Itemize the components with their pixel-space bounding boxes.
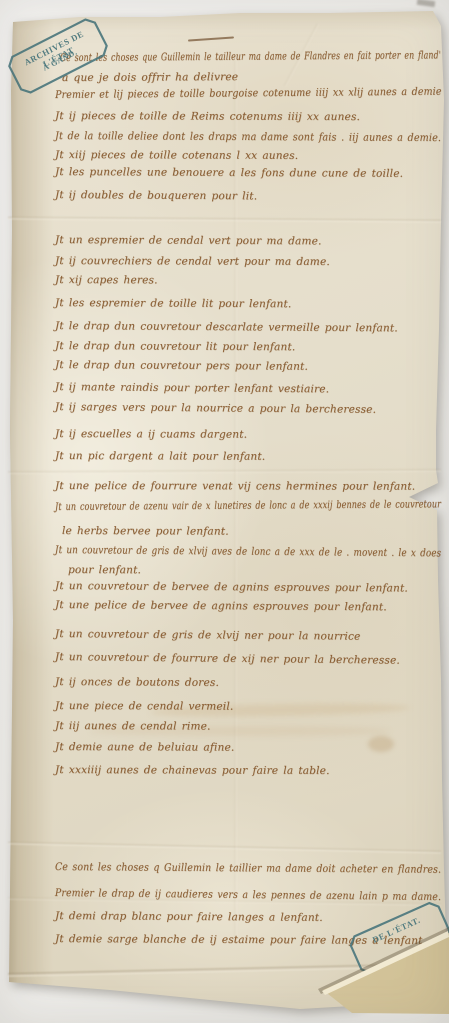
manuscript-line: Jt xij capes heres.	[55, 275, 158, 287]
manuscript-line: Jt ij doubles de bouqueren pour lit.	[55, 190, 257, 203]
manuscript-line: Jt demi drap blanc pour faire langes a l…	[55, 911, 323, 924]
manuscript-line: Jt ij pieces de toille de Reims cotenums…	[55, 111, 360, 124]
manuscript-line: Jt ij sarges vers pour la nourrice a pou…	[55, 402, 376, 416]
manuscript-line: Jt un couvretour de azenu vair de x lune…	[55, 499, 441, 513]
manuscript-line: Jt ij mante raindis pour porter lenfant …	[55, 382, 329, 396]
manuscript-line: Jt ij escuelles a ij cuams dargent.	[55, 429, 247, 441]
manuscript-line: Jt un couvretour de gris de xlvij aves d…	[55, 545, 441, 560]
manuscript-line: Jt iij aunes de cendal rime.	[55, 721, 211, 733]
manuscript-line: Jt un couvretour de bervee de agnins esp…	[55, 581, 408, 595]
manuscript-line: Jt ij onces de boutons dores.	[55, 677, 219, 689]
manuscript-line: Jt une piece de cendal vermeil.	[55, 701, 234, 713]
manuscript-line: Jt demie aune de beluiau afine.	[55, 742, 235, 754]
manuscript-line: pour lenfant.	[68, 565, 141, 577]
manuscript-line: Jt une pelice de fourrure venat vij cens…	[55, 481, 415, 493]
manuscript-line: Jt le drap dun couvretour lit pour lenfa…	[55, 341, 296, 354]
manuscript-line: Jt un couvretour de fourrure de xij ner …	[55, 652, 400, 667]
manuscript-text-layer: Ce sont les choses que Guillemin le tail…	[0, 0, 449, 1023]
manuscript-line: Ce sont les choses q Guillemin le tailli…	[55, 862, 441, 876]
manuscript-line: Jt une pelice de bervee de agnins esprou…	[55, 600, 387, 614]
manuscript-line: Premier et lij pieces de toille bourgois…	[55, 87, 442, 102]
manuscript-line: Jt un couvretour de gris de xlvij ner po…	[55, 629, 361, 643]
manuscript-line: Premier le drap de ij caudieres vers a l…	[55, 888, 441, 904]
manuscript-line: Jt un pic dargent a lait pour lenfant.	[55, 451, 265, 463]
manuscript-line: Jt xiij pieces de toille cotenans l xx a…	[55, 150, 298, 162]
manuscript-line: Jt un espremier de cendal vert pour ma d…	[55, 235, 322, 248]
manuscript-line: Jt le drap dun couvretour pers pour lenf…	[55, 360, 308, 373]
manuscript-line: Jt xxxiiij aunes de chainevas pour faire…	[55, 765, 330, 778]
photo-of-parchment: Ce sont les choses que Guillemin le tail…	[0, 0, 449, 1023]
manuscript-line: a que je dois offrir ha delivree	[62, 72, 238, 84]
manuscript-line: Jt de la toille deliee dont les draps ma…	[55, 131, 441, 145]
manuscript-line: Ce sont les choses que Guillemin le tail…	[60, 50, 441, 64]
manuscript-line: Jt les puncelles une benouere a les fons…	[55, 167, 403, 180]
manuscript-line: Jt le drap dun couvretour descarlate ver…	[55, 321, 398, 335]
manuscript-line: Jt ij couvrechiers de cendal vert pour m…	[55, 256, 330, 269]
manuscript-line: Jt les espremier de toille lit pour lenf…	[55, 298, 292, 311]
manuscript-line: le herbs bervee pour lenfant.	[62, 526, 229, 538]
